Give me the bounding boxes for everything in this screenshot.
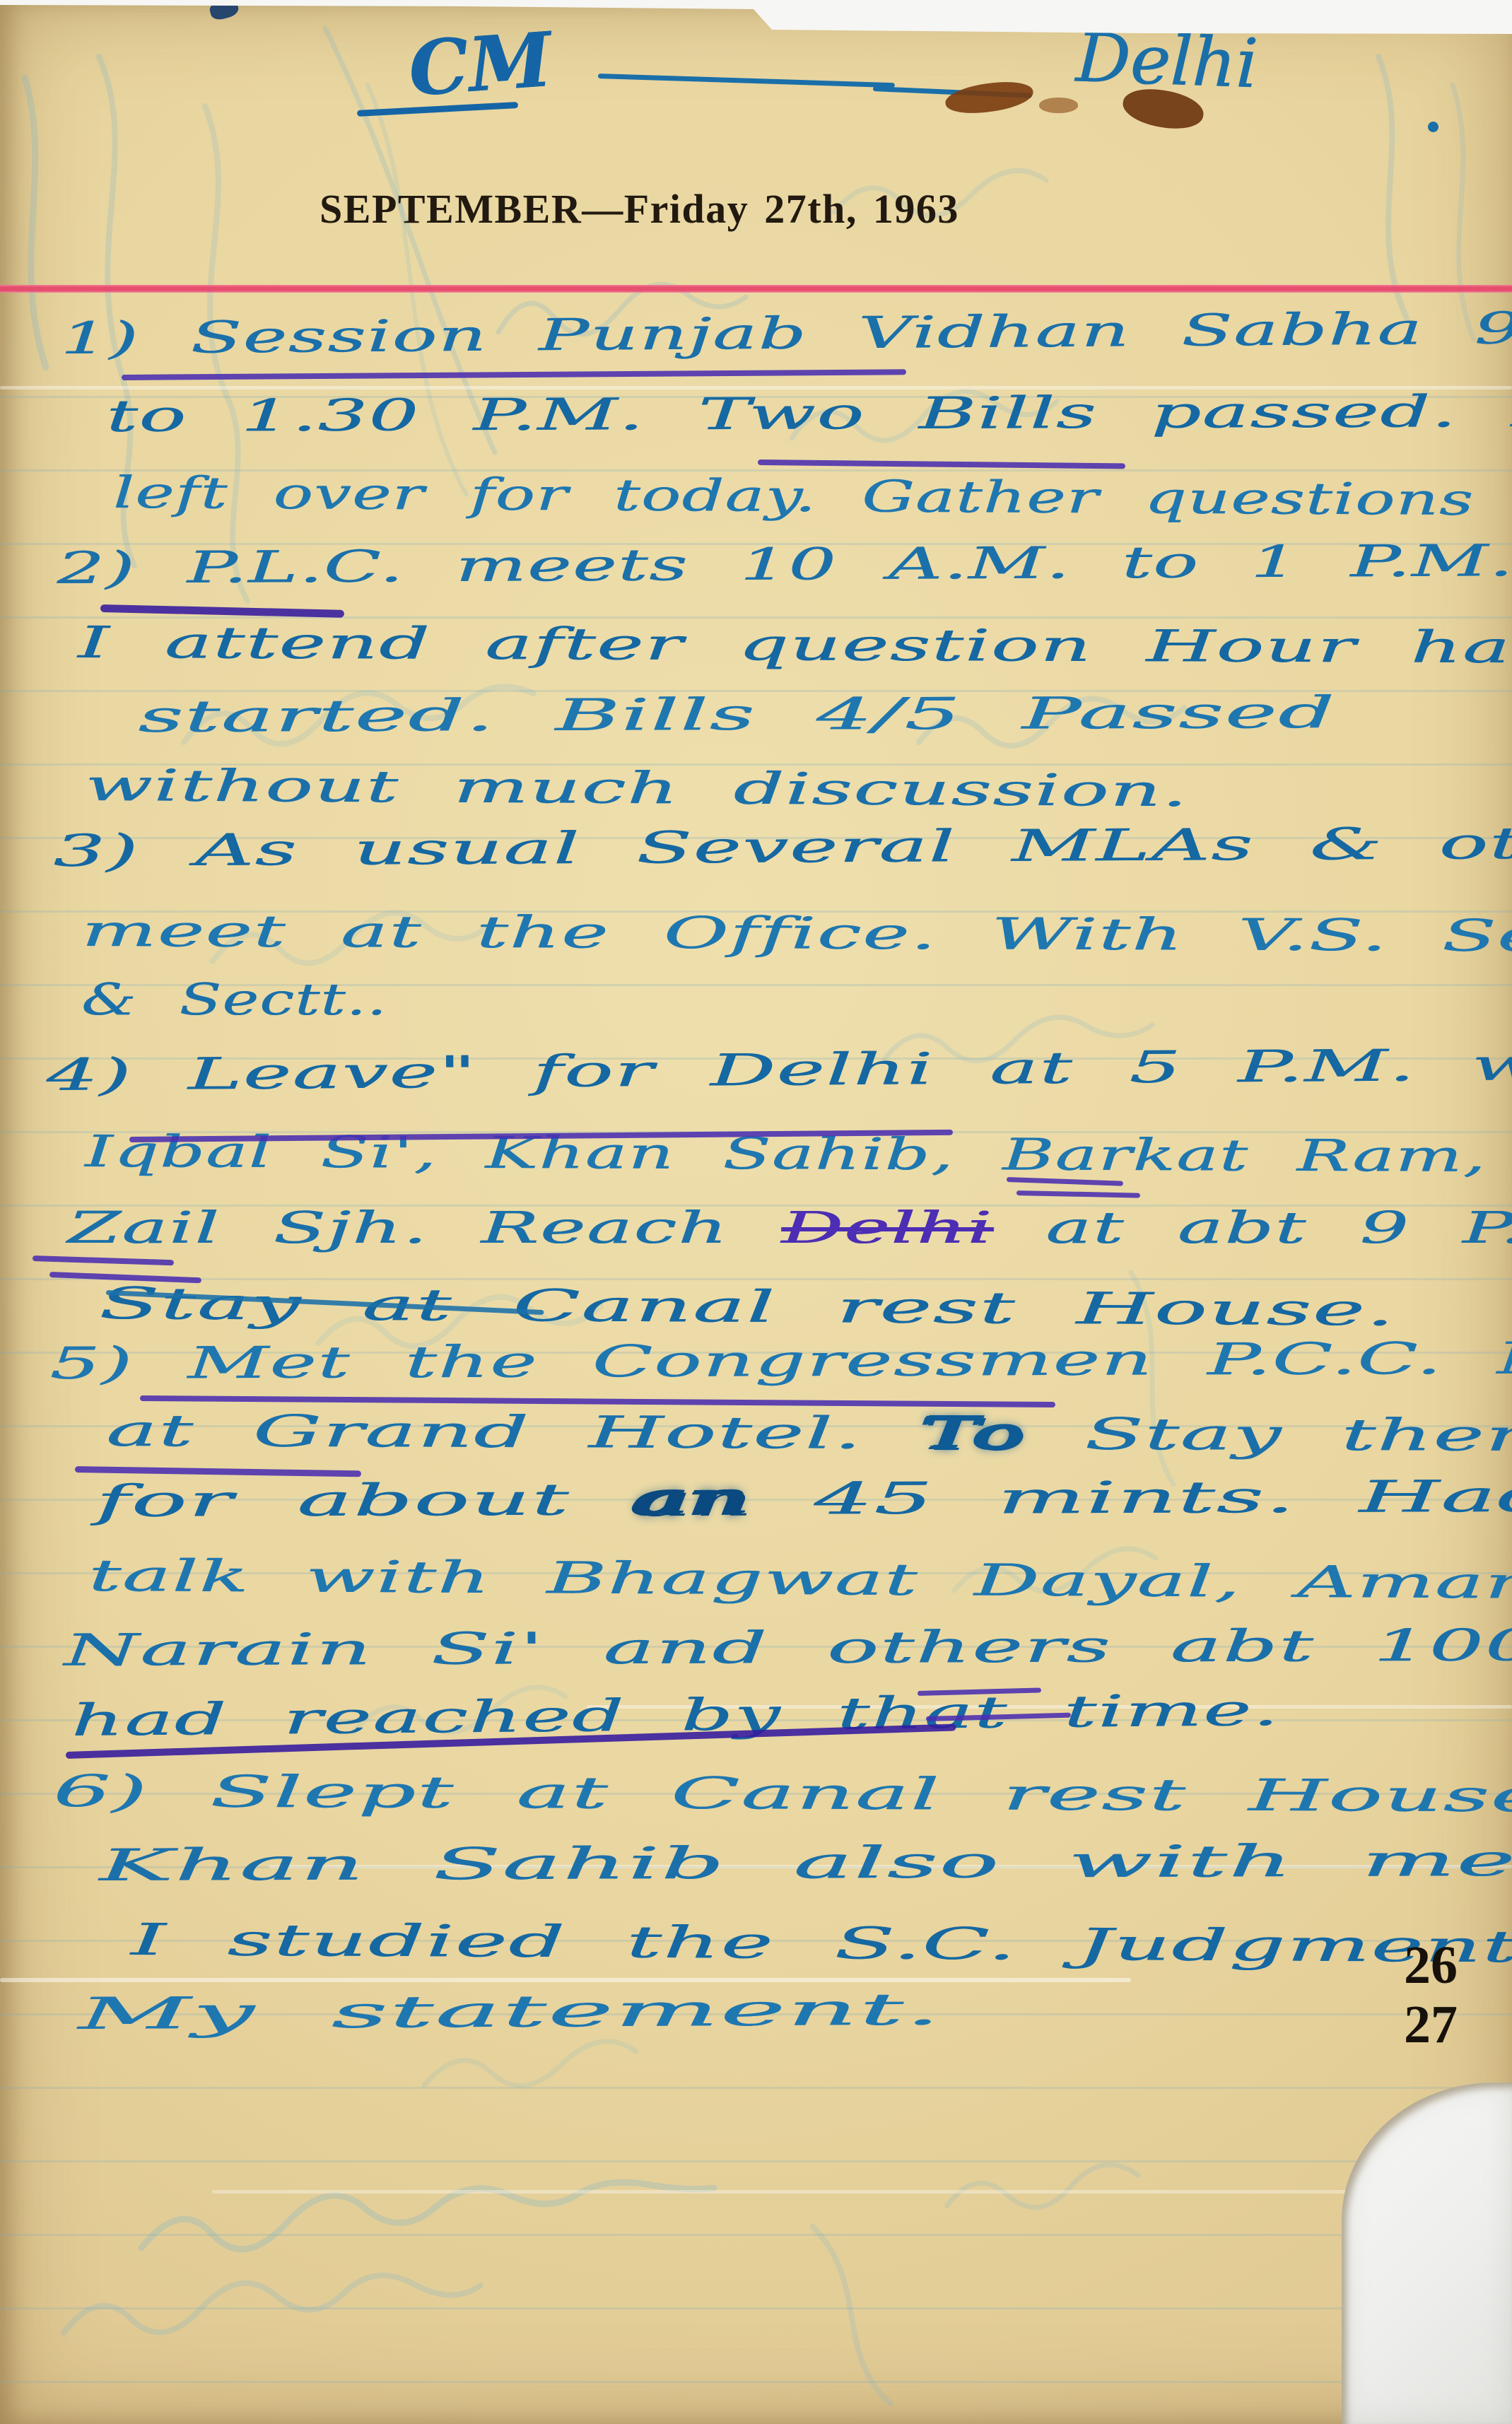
entry-line-part: without much discussion. bbox=[85, 759, 1188, 816]
entry-line-part-blotted: an bbox=[633, 1473, 751, 1526]
entry-line-part: at abt 9 P.M. bbox=[992, 1202, 1512, 1253]
entry-line: Khan Sahib also with me. bbox=[99, 1839, 1512, 1887]
scan-edge-top bbox=[0, 0, 1512, 42]
entry-line: talk with Bhagwat Dayal, Amar Sis', bbox=[88, 1554, 1512, 1606]
entry-line-part: talk with Bhagwat Dayal, Amar Sis', bbox=[88, 1550, 1512, 1610]
entry-line-part-overwritten: Delhi bbox=[781, 1202, 992, 1253]
paper-crease bbox=[0, 1978, 1131, 1982]
page-number-top: 26 bbox=[1404, 1938, 1458, 1992]
entry-line: for about an 45 mints. Had bbox=[95, 1475, 1512, 1523]
entry-line-part: 2) P.L.C. meets 10 A.M. to 1 P.M. bbox=[57, 534, 1512, 594]
entry-line: to 1.30 P.M. Two Bills passed. Rest bbox=[106, 389, 1512, 438]
ruled-line bbox=[0, 2160, 1512, 2162]
entry-line-part: & Sectt.. bbox=[81, 973, 387, 1025]
entry-line: 5) Met the Congressmen P.C.C. Members bbox=[49, 1335, 1512, 1386]
entry-line-part-scribbled: To bbox=[921, 1407, 1026, 1460]
paper-crease bbox=[212, 2190, 1512, 2194]
entry-line-part: Zail Sjh. Reach bbox=[67, 1202, 781, 1253]
entry-line: Stay at Canal rest House. bbox=[99, 1282, 1395, 1333]
entry-line: I attend after question Hour had bbox=[78, 621, 1512, 669]
entry-line: left over for today. Gather questions th… bbox=[113, 471, 1512, 523]
entry-line: Narain Si' and others abt 100 ch bbox=[64, 1619, 1512, 1673]
location-period-dot bbox=[1428, 122, 1438, 132]
entry-line: & Sectt.. bbox=[81, 978, 387, 1021]
entry-line: without much discussion. bbox=[85, 763, 1188, 813]
entry-line-part: My statement. bbox=[78, 1984, 942, 2039]
entry-line-part: Khan Sahib also with me. bbox=[99, 1834, 1512, 1891]
entry-line: My statement. bbox=[78, 1988, 942, 2036]
entry-line: 2) P.L.C. meets 10 A.M. to 1 P.M. bbox=[57, 539, 1512, 590]
entry-line-part: 5) Met the Congressmen P.C.C. Members bbox=[49, 1331, 1512, 1389]
entry-line: 1) Session Punjab Vidhan Sabha 9 A.M. bbox=[60, 305, 1512, 361]
entry-line-part: Stay at Canal rest House. bbox=[99, 1277, 1395, 1336]
ruled-line bbox=[0, 2381, 1512, 2383]
diary-page: SEPTEMBER—Friday 27th, 1963 26 27 CM Del… bbox=[0, 0, 1512, 2424]
entry-line-part: meet at the Office. With V.S. Sectt bbox=[81, 905, 1512, 962]
ink-stain bbox=[1039, 98, 1078, 113]
entry-line-part: 45 mints. Had bbox=[750, 1470, 1512, 1525]
entry-line-part: 6) Slept at Canal rest House. bbox=[53, 1765, 1512, 1822]
entry-line-part: Narain Si' and others abt 100 bbox=[64, 1619, 1512, 1676]
ruled-line bbox=[0, 2307, 1512, 2309]
ruled-line bbox=[0, 2234, 1512, 2236]
entry-line-part: 3) As usual Several MLAs & others bbox=[53, 816, 1512, 877]
entry-line-part: I attend after question Hour had bbox=[78, 616, 1512, 673]
entry-line: at Grand Hotel. To Stay there bbox=[106, 1409, 1512, 1458]
entry-line: meet at the Office. With V.S. Sectt bbox=[81, 909, 1512, 959]
entry-line-part: started. Bills 4/5 Passed bbox=[138, 686, 1335, 742]
entry-line: started. Bills 4/5 Passed bbox=[138, 691, 1335, 739]
printed-date-header: SEPTEMBER—Friday 27th, 1963 bbox=[320, 185, 959, 233]
entry-line-part: I studied the S.C. Judgment & bbox=[131, 1914, 1512, 1973]
entry-line-part: 4) Leave" for Delhi at 5 P.M. with bbox=[46, 1038, 1512, 1101]
red-margin-rule bbox=[0, 285, 1512, 293]
entry-line-part: Stay there bbox=[1026, 1408, 1512, 1462]
entry-line: 3) As usual Several MLAs & others bbox=[53, 821, 1512, 873]
entry-line: Zail Sjh. Reach Delhi at abt 9 P.M. bbox=[67, 1206, 1512, 1250]
entry-line-part: left over for today. Gather questions th… bbox=[113, 467, 1512, 527]
entry-line-part: for about bbox=[95, 1473, 633, 1527]
entry-line: 4) Leave" for Delhi at 5 P.M. with bbox=[46, 1042, 1512, 1097]
ruled-line bbox=[0, 2087, 1512, 2089]
entry-line: I studied the S.C. Judgment & bbox=[131, 1918, 1512, 1969]
page-number-bottom: 27 bbox=[1404, 1998, 1458, 2051]
entry-line-part: to 1.30 P.M. Two Bills passed. Rest bbox=[106, 385, 1512, 442]
entry-line: 6) Slept at Canal rest House. bbox=[53, 1769, 1512, 1819]
entry-line-part: at Grand Hotel. bbox=[106, 1405, 921, 1459]
